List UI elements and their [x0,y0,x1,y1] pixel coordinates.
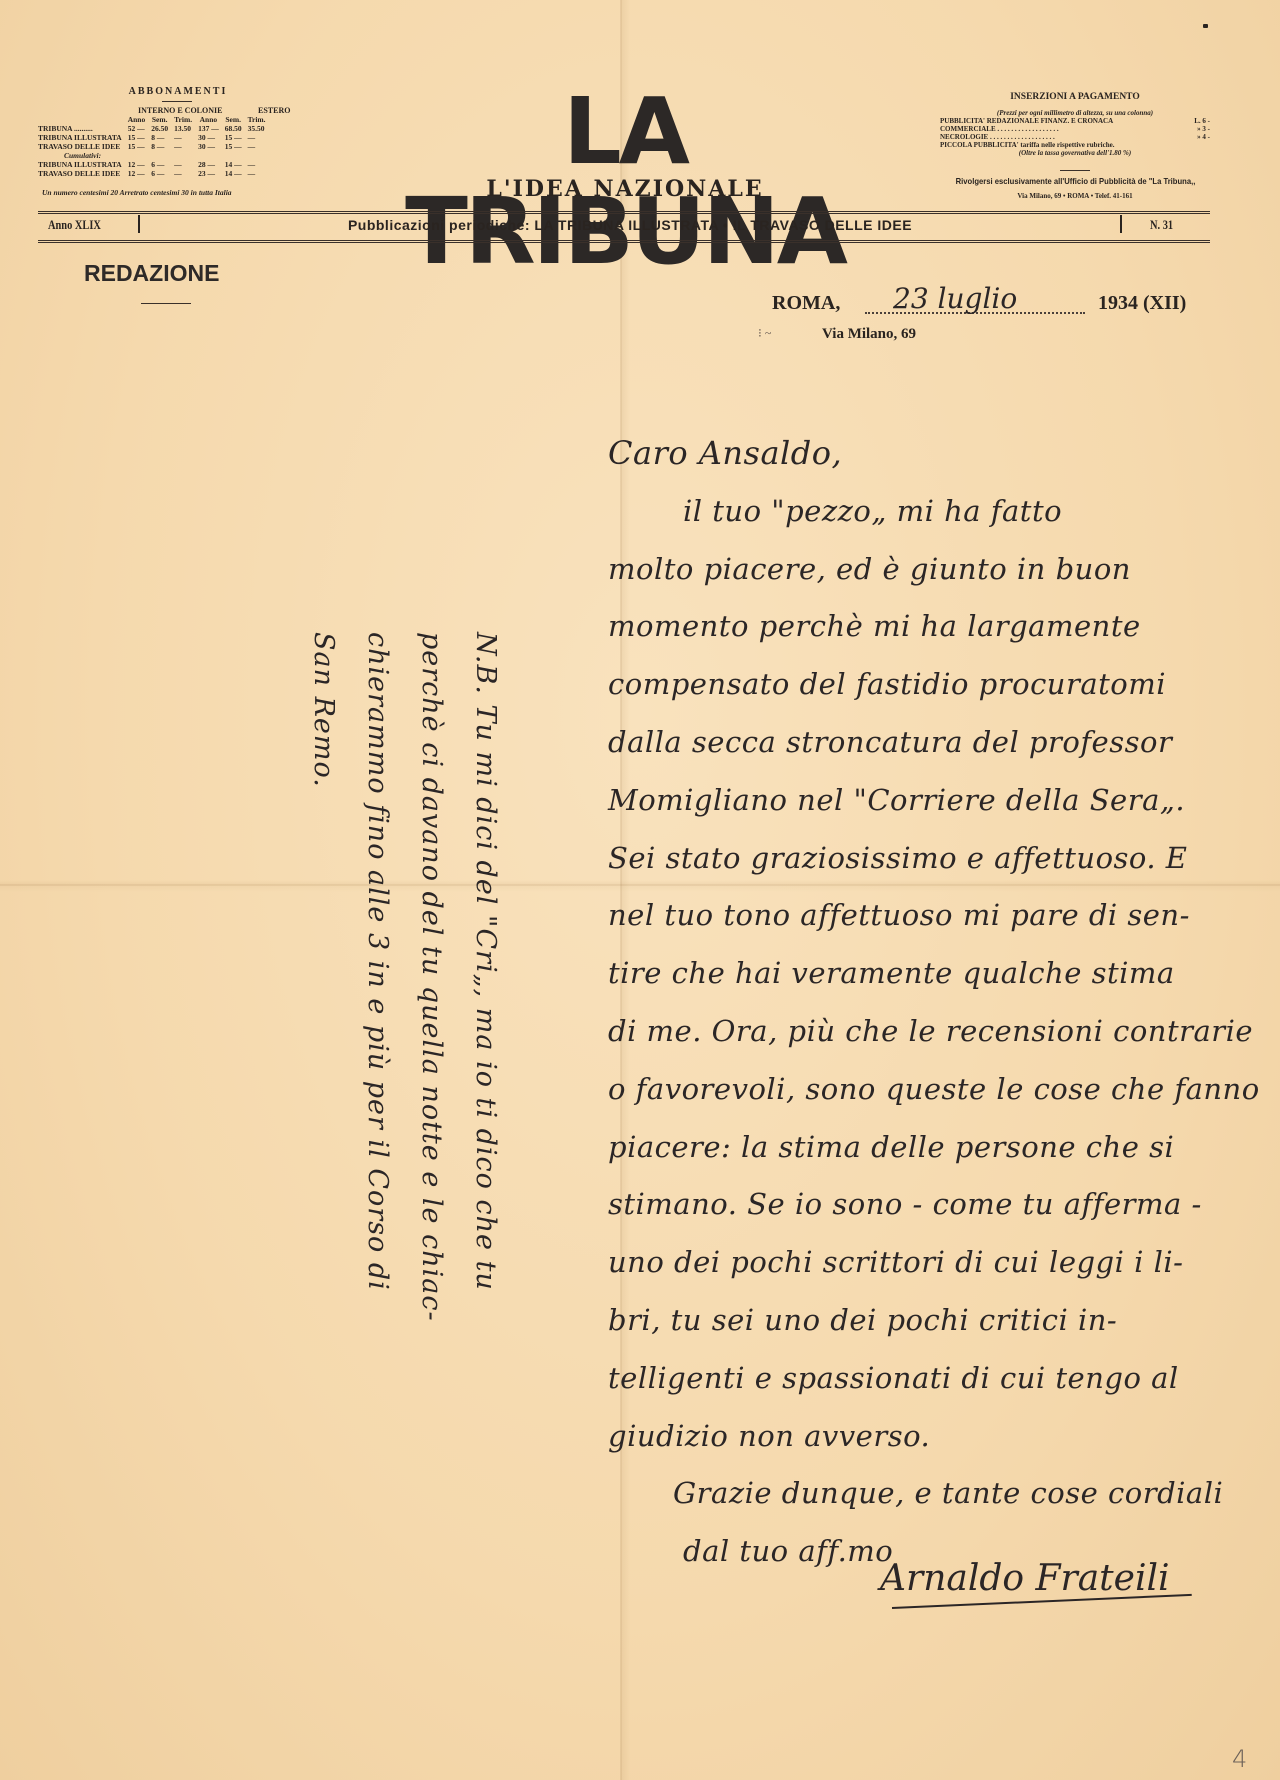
small-ads-note: PICCOLA PUBBLICITA' tariffa nelle rispet… [940,141,1210,149]
cell: TRIBUNA .......... [38,124,125,133]
letter-line: compensato del fastidio procuratomi [608,656,1268,714]
ink-speck [1203,24,1208,28]
cell: 23 — [195,169,222,178]
price-note: Un numero centesimi 20 Arretrato centesi… [42,188,232,197]
cell: 35.50 [245,124,269,133]
cell: 8 — [148,142,171,151]
letter-line: di me. Ora, più che le recensioni contra… [608,1003,1268,1061]
cell: 26.50 [148,124,171,133]
divider [162,101,192,102]
cell: — [245,160,269,169]
cell: — [245,133,269,142]
letter-line: giudizio non avverso. [608,1408,1268,1466]
masthead-subtitle: L'IDEA NAZIONALE [345,176,905,202]
cell: 52 — [125,124,149,133]
cell: — [171,169,195,178]
insertions-title: INSERZIONI A PAGAMENTO [960,92,1190,102]
cell: TRIBUNA ILLUSTRATA [38,133,125,142]
cell: 15 — [222,133,245,142]
cell: — [171,160,195,169]
periodical-publications: Pubblicazioni periodiche: LA TRIBUNA ILL… [150,217,1110,233]
postscript-line: perchè ci davano del tu quella notte e l… [404,632,458,1532]
rate-value: L. 6 - [1194,117,1210,125]
department-heading: REDAZIONE [84,260,219,287]
table-row: Cumulativi: [38,151,269,160]
cell: 12 — [125,160,149,169]
table-row: TRIBUNA ILLUSTRATA 12 — 6 — — 28 — 14 — … [38,160,269,169]
cell: — [245,142,269,151]
postscript-text: N.B. Tu mi dici del "Cri„, ma io ti dico… [296,632,512,1532]
pencil-mark: ⁝ ~ [758,326,771,341]
subscriptions-table: Anno Sem. Trim. Anno Sem. Trim. TRIBUNA … [38,115,269,178]
cell: 137 — [195,124,222,133]
cell: 30 — [195,142,222,151]
cell: 6 — [148,169,171,178]
letter-line: stimano. Se io sono - come tu afferma - [608,1176,1268,1234]
column-header [38,115,125,124]
divider [141,303,191,304]
divider [138,215,140,233]
date-year: 1934 (XII) [1098,292,1186,315]
rate-row: NECROLOGIE . . . . . . . . . . . . . . .… [940,133,1210,141]
letter-line: bri, tu sei uno dei pochi critici in- [608,1292,1268,1350]
column-header: Trim. [171,115,195,124]
signature: Arnaldo Frateili [880,1558,1170,1599]
rate-row: PUBBLICITA' REDAZIONALE FINANZ. E CRONAC… [940,117,1210,125]
cell: — [171,142,195,151]
divider [1060,170,1090,171]
rate-row: COMMERCIALE . . . . . . . . . . . . . . … [940,125,1210,133]
rate-value: » 4 - [1197,133,1210,141]
office-address: Via Milano, 69 [822,326,916,343]
advertising-contact: Rivolgersi esclusivamente all'Ufficio di… [952,176,1200,186]
column-header: Anno [195,115,222,124]
column-header: Sem. [148,115,171,124]
column-header: Trim. [245,115,269,124]
table-row: TRIBUNA .......... 52 — 26.50 13.50 137 … [38,124,269,133]
subscriptions-title: ABBONAMENTI [118,86,238,97]
cell: 68.50 [222,124,245,133]
cell: 15 — [222,142,245,151]
letter-line: Momigliano nel "Corriere della Sera„. [608,772,1268,830]
rate-value: » 3 - [1197,125,1210,133]
closing-line: Grazie dunque, e tante cose cordiali [608,1465,1268,1523]
letter-line: dalla secca stroncatura del professor [608,714,1268,772]
postscript-line: San Remo. [296,632,350,1532]
cell: TRIBUNA ILLUSTRATA [38,160,125,169]
subscriptions-interno-heading: INTERNO E COLONIE [138,106,222,115]
advertising-address: Via Milano, 69 • ROMA • Telef. 41-161 [960,192,1190,200]
cumulative-label: Cumulativi: [38,151,269,160]
rate-label: PUBBLICITA' REDAZIONALE FINANZ. E CRONAC… [940,117,1113,125]
cell: TRAVASO DELLE IDEE [38,169,125,178]
issue-number: N. 31 [1150,217,1173,233]
cell: 6 — [148,160,171,169]
cell: 12 — [125,169,149,178]
date-city: ROMA, [772,292,840,315]
rate-label: COMMERCIALE . . . . . . . . . . . . . . … [940,125,1059,133]
letter-line: il tuo "pezzo„ mi ha fatto [608,483,1268,541]
rate-label: NECROLOGIE . . . . . . . . . . . . . . .… [940,133,1055,141]
cell: 15 — [125,133,149,142]
column-header: Anno [125,115,149,124]
cell: 28 — [195,160,222,169]
cell: 14 — [222,169,245,178]
cell: — [245,169,269,178]
salutation: Caro Ansaldo, [608,425,1268,483]
cell: 13.50 [171,124,195,133]
letter-line: tire che hai veramente qualche stima [608,945,1268,1003]
letter-line: molto piacere, ed è giunto in buon [608,541,1268,599]
handwritten-date: 23 luglio [893,282,1017,315]
letter-line: Sei stato graziosissimo e affettuoso. E [608,830,1268,888]
cell: TRAVASO DELLE IDEE [38,142,125,151]
table-header-row: Anno Sem. Trim. Anno Sem. Trim. [38,115,269,124]
table-row: TRIBUNA ILLUSTRATA 15 — 8 — — 30 — 15 — … [38,133,269,142]
letter-line: momento perchè mi ha largamente [608,598,1268,656]
letter-body: Caro Ansaldo, il tuo "pezzo„ mi ha fatto… [608,425,1268,1581]
insertions-rates: (Prezzi per ogni millimetro di altezza, … [940,109,1210,157]
column-header: Sem. [222,115,245,124]
postscript-line: chierammo fino alle 3 in e più per il Co… [350,632,404,1532]
letter-line: telligenti e spassionati di cui tengo al [608,1350,1268,1408]
letter-line: nel tuo tono affettuoso mi pare di sen- [608,887,1268,945]
cell: — [171,133,195,142]
letter-line: o favorevoli, sono queste le cose che fa… [608,1061,1268,1119]
subscriptions-estero-heading: ESTERO [258,106,290,115]
table-row: TRAVASO DELLE IDEE 12 — 6 — — 23 — 14 — … [38,169,269,178]
postscript-line: N.B. Tu mi dici del "Cri„, ma io ti dico… [458,632,512,1532]
table-row: TRAVASO DELLE IDEE 15 — 8 — — 30 — 15 — … [38,142,269,151]
cell: 14 — [222,160,245,169]
cell: 30 — [195,133,222,142]
insertions-note: (Prezzi per ogni millimetro di altezza, … [940,109,1210,117]
cell: 15 — [125,142,149,151]
year-volume: Anno XLIX [48,217,101,233]
letter-line: piacere: la stima delle persone che si [608,1119,1268,1177]
page-number: 4 [1232,1745,1247,1773]
divider [1120,215,1122,233]
cell: 8 — [148,133,171,142]
letter-line: uno dei pochi scrittori di cui leggi i l… [608,1234,1268,1292]
tax-note: (Oltre la tassa governativa dell'1.80 %) [940,149,1210,157]
